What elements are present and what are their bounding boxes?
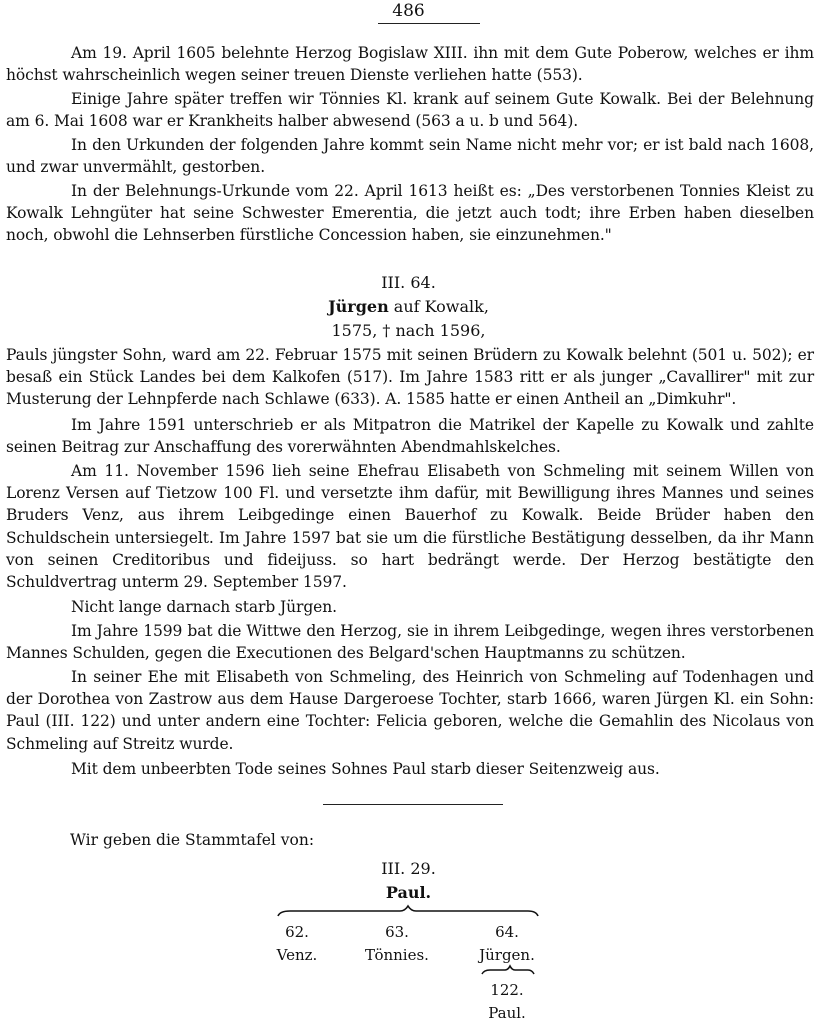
tree-child-1-number: 62. — [252, 922, 342, 942]
family-brace — [0, 0, 817, 1031]
tree-child-3-name: Jürgen. — [462, 945, 552, 965]
tree-child-2-number: 63. — [352, 922, 442, 942]
tree-grandchild-name: Paul. — [462, 1003, 552, 1023]
tree-child-3-number: 64. — [462, 922, 552, 942]
tree-child-1-name: Venz. — [252, 945, 342, 965]
tree-grandchild-number: 122. — [462, 980, 552, 1000]
tree-child-2-name: Tönnies. — [352, 945, 442, 965]
family-tree: III. 29. Paul. 62. Venz. 63. Tönnies. 64… — [0, 0, 817, 1031]
